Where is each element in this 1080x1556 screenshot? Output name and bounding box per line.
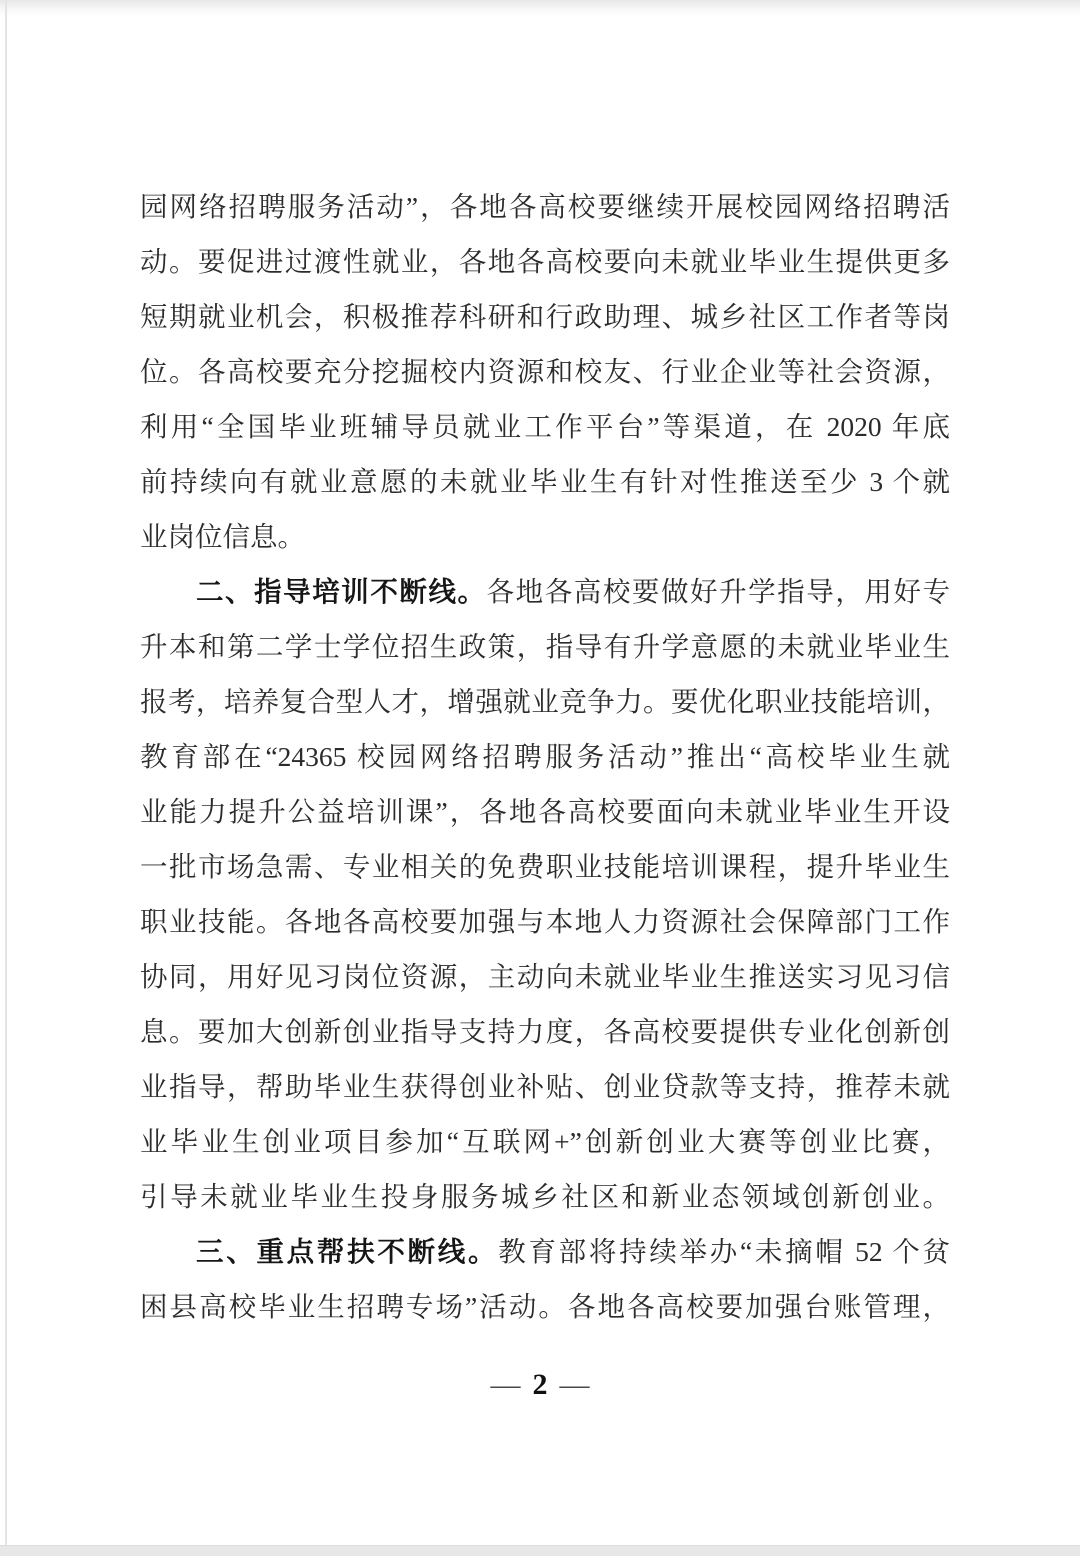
text-line: 一批市场急需、专业相关的免费职业技能培训课程，提升毕业生 <box>140 839 950 894</box>
scan-edge-left <box>5 0 7 1556</box>
body-text: 教育部将持续举办“未摘帽 52 个贫 <box>498 1236 950 1267</box>
text-line: 引导未就业毕业生投身服务城乡社区和新业态领域创新创业。 <box>140 1169 950 1224</box>
body-text: 前持续向有就业意愿的未就业毕业生有针对性推送至少 3 个就 <box>140 466 950 497</box>
body-text: 动。要促进过渡性就业，各地各高校要向未就业毕业生提供更多 <box>140 246 950 277</box>
text-line: 利用“全国毕业班辅导员就业工作平台”等渠道，在 2020 年底 <box>140 399 950 454</box>
text-line: 职业技能。各地各高校要加强与本地人力资源社会保障部门工作 <box>140 894 950 949</box>
text-line: 息。要加大创新创业指导支持力度，各高校要提供专业化创新创 <box>140 1004 950 1059</box>
text-line: 园网络招聘服务活动”，各地各高校要继续开展校园网络招聘活 <box>140 179 950 234</box>
body-text: 教育部在“24365 校园网络招聘服务活动”推出“高校毕业生就 <box>140 741 950 772</box>
body-text: 一批市场急需、专业相关的免费职业技能培训课程，提升毕业生 <box>140 851 950 882</box>
body-text: 升本和第二学士学位招生政策，指导有升学意愿的未就业毕业生 <box>140 631 950 662</box>
body-text: 各地各高校要做好升学指导，用好专 <box>487 576 950 607</box>
body-text: 业岗位信息。 <box>140 521 305 552</box>
text-line: 二、指导培训不断线。各地各高校要做好升学指导，用好专 <box>140 564 950 619</box>
section-heading: 三、重点帮扶不断线。 <box>196 1236 498 1267</box>
body-text: 引导未就业毕业生投身服务城乡社区和新业态领域创新创业。 <box>140 1181 950 1212</box>
body-text: 困县高校毕业生招聘专场”活动。各地各高校要加强台账管理， <box>140 1291 950 1322</box>
body-text: 业毕业生创业项目参加“互联网+”创新创业大赛等创业比赛， <box>140 1126 950 1157</box>
text-line: 教育部在“24365 校园网络招聘服务活动”推出“高校毕业生就 <box>140 729 950 784</box>
text-line: 业指导，帮助毕业生获得创业补贴、创业贷款等支持，推荐未就 <box>140 1059 950 1114</box>
body-text: 利用“全国毕业班辅导员就业工作平台”等渠道，在 2020 年底 <box>140 411 950 442</box>
text-line: 动。要促进过渡性就业，各地各高校要向未就业毕业生提供更多 <box>140 234 950 289</box>
footer-dash-left: — <box>491 1368 521 1401</box>
section-heading: 二、指导培训不断线。 <box>196 576 487 607</box>
body-text: 位。各高校要充分挖掘校内资源和校友、行业企业等社会资源， <box>140 356 950 387</box>
text-line: 报考，培养复合型人才，增强就业竞争力。要优化职业技能培训， <box>140 674 950 729</box>
scan-edge-top <box>0 0 1080 16</box>
text-line: 协同，用好见习岗位资源，主动向未就业毕业生推送实习见习信 <box>140 949 950 1004</box>
body-text: 协同，用好见习岗位资源，主动向未就业毕业生推送实习见习信 <box>140 961 950 992</box>
body-text: 业能力提升公益培训课”，各地各高校要面向未就业毕业生开设 <box>140 796 950 827</box>
text-line: 业毕业生创业项目参加“互联网+”创新创业大赛等创业比赛， <box>140 1114 950 1169</box>
footer-dash-right: — <box>560 1368 590 1401</box>
text-line: 升本和第二学士学位招生政策，指导有升学意愿的未就业毕业生 <box>140 619 950 674</box>
body-text: 息。要加大创新创业指导支持力度，各高校要提供专业化创新创 <box>140 1016 950 1047</box>
page-footer: —2— <box>0 1362 1080 1408</box>
text-line: 业岗位信息。 <box>140 509 950 564</box>
text-line: 困县高校毕业生招聘专场”活动。各地各高校要加强台账管理， <box>140 1279 950 1334</box>
document-page: 园网络招聘服务活动”，各地各高校要继续开展校园网络招聘活动。要促进过渡性就业，各… <box>0 0 1080 1556</box>
text-line: 业能力提升公益培训课”，各地各高校要面向未就业毕业生开设 <box>140 784 950 839</box>
footer-page-number: 2 <box>533 1368 548 1401</box>
body-text: 职业技能。各地各高校要加强与本地人力资源社会保障部门工作 <box>140 906 950 937</box>
text-line: 前持续向有就业意愿的未就业毕业生有针对性推送至少 3 个就 <box>140 454 950 509</box>
text-line: 位。各高校要充分挖掘校内资源和校友、行业企业等社会资源， <box>140 344 950 399</box>
text-line: 短期就业机会，积极推荐科研和行政助理、城乡社区工作者等岗 <box>140 289 950 344</box>
body-text: 业指导，帮助毕业生获得创业补贴、创业贷款等支持，推荐未就 <box>140 1071 950 1102</box>
document-body: 园网络招聘服务活动”，各地各高校要继续开展校园网络招聘活动。要促进过渡性就业，各… <box>140 179 950 1334</box>
body-text: 园网络招聘服务活动”，各地各高校要继续开展校园网络招聘活 <box>140 191 950 222</box>
body-text: 报考，培养复合型人才，增强就业竞争力。要优化职业技能培训， <box>140 686 950 717</box>
body-text: 短期就业机会，积极推荐科研和行政助理、城乡社区工作者等岗 <box>140 301 950 332</box>
text-line: 三、重点帮扶不断线。教育部将持续举办“未摘帽 52 个贫 <box>140 1224 950 1279</box>
scan-edge-bottom <box>0 1545 1080 1556</box>
